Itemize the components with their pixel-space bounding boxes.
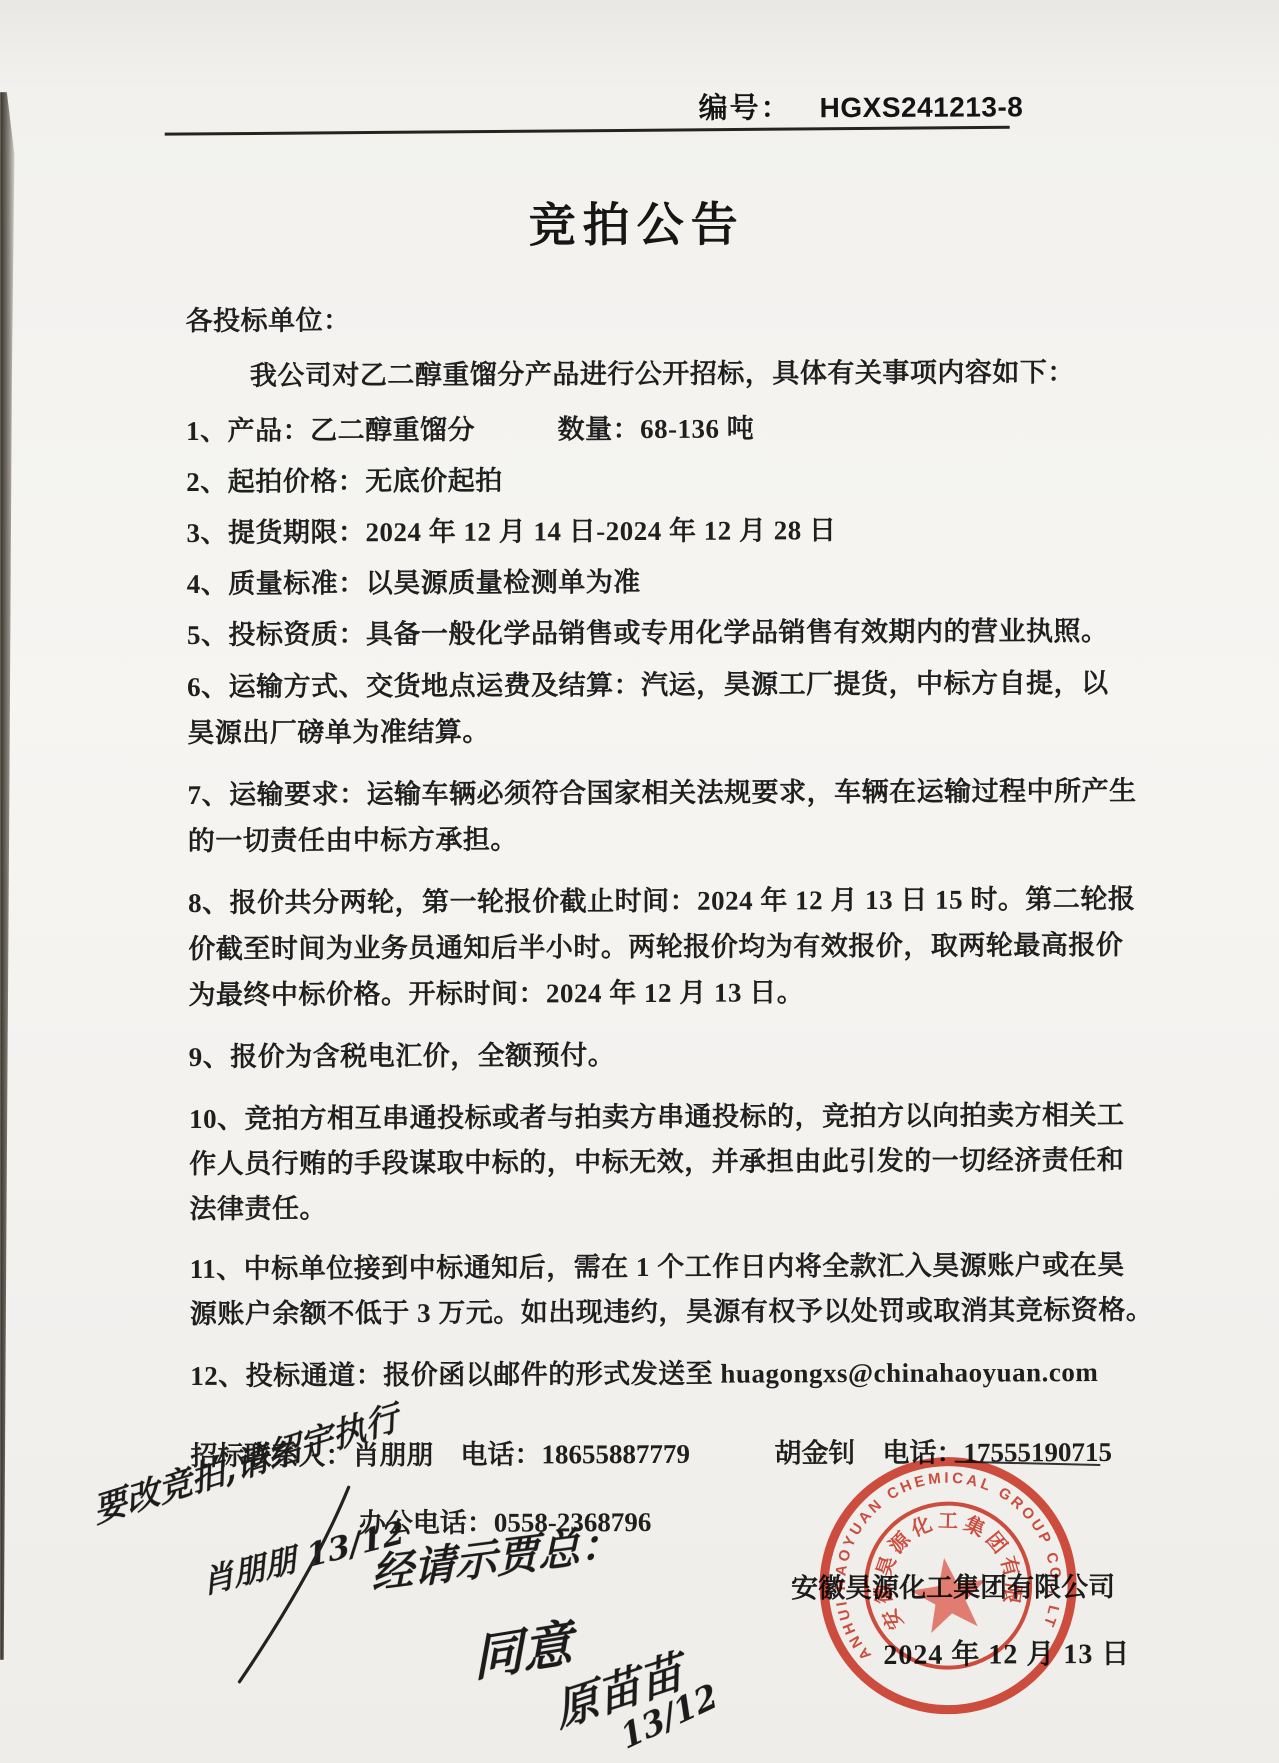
body-line: 为最终中标价格。开标时间：2024 年 12 月 13 日。 <box>188 970 804 1012</box>
body-line: 各投标单位： <box>185 298 350 338</box>
body-line: 源账户余额不低于 3 万元。如出现违约，昊源有权予以处罚或取消其竞标资格。 <box>190 1288 1154 1331</box>
body-line: 11、中标单位接到中标通知后，需在 1 个工作日内将全款汇入昊源账户或在昊 <box>190 1243 1125 1286</box>
body-line: 10、竞拍方相互串通投标或者与拍卖方串通投标的，竞拍方以向拍卖方相关工 <box>189 1093 1125 1136</box>
pen-stroke <box>221 1479 372 1690</box>
body-line: 9、报价为含税电汇价，全额预付。 <box>189 1033 616 1074</box>
header-rule <box>165 126 1010 136</box>
body-line: 5、投标资质：具备一般化学品销售或专用化学品销售有效期内的营业执照。 <box>187 609 1109 652</box>
doc-number: 编号： HGXS241213-8 <box>699 84 1024 126</box>
body-line: 3、提货期限：2024 年 12 月 14 日-2024 年 12 月 28 日 <box>186 508 836 550</box>
body-line: 的一切责任由中标方承担。 <box>188 818 518 858</box>
body-line: 我公司对乙二醇重馏分产品进行公开招标，具体有关事项内容如下： <box>250 350 1075 393</box>
scanned-document-page: 编号： HGXS241213-8 竞拍公告 各投标单位：我公司对乙二醇重馏分产品… <box>0 0 1279 1763</box>
body-line: 作人员行贿的手段谋取中标的，中标无效，并承担由此引发的一切经济责任和 <box>189 1138 1124 1181</box>
handwriting-layer: 要改竞拍,请绍宇执行肖朋朋 13/12经请示贾总：同意原苗苗13/12 <box>0 0 1275 3</box>
document-content: 编号： HGXS241213-8 竞拍公告 各投标单位：我公司对乙二醇重馏分产品… <box>0 0 1279 1763</box>
body-line: 8、报价共分两轮，第一轮报价截止时间：2024 年 12 月 13 日 15 时… <box>188 877 1135 920</box>
page-title: 竞拍公告 <box>528 188 744 256</box>
body-line: 4、质量标准：以昊源质量检测单为准 <box>187 560 641 601</box>
body-text: 各投标单位：我公司对乙二醇重馏分产品进行公开招标，具体有关事项内容如下：1、产品… <box>0 0 1275 3</box>
body-line: 价截至时间为业务员通知后半小时。两轮报价均为有效报价，取两轮最高报价 <box>188 923 1123 966</box>
seal-star-icon <box>906 1552 992 1635</box>
body-line: 昊源出厂磅单为准结算。 <box>187 710 490 750</box>
body-line: 1、产品：乙二醇重馏分 数量：68-136 吨 <box>186 406 754 447</box>
body-line: 7、运输要求：运输车辆必须符合国家相关法规要求，车辆在运输过程中所产生 <box>188 769 1137 812</box>
body-line: 法律责任。 <box>189 1186 327 1226</box>
doc-number-label: 编号： <box>699 85 792 126</box>
company-seal-stamp: ANHUI HAOYUAN CHEMICAL GROUP CO., LTD 安徽… <box>807 1445 1088 1726</box>
doc-number-value: HGXS241213-8 <box>820 91 1024 124</box>
body-line: 2、起拍价格：无底价起拍 <box>186 459 503 499</box>
body-line: 12、投标通道：报价函以邮件的形式发送至 huagongxs@chinahaoy… <box>190 1350 1098 1393</box>
body-line: 6、运输方式、交货地点运费及结算：汽运，昊源工厂提货，中标方自提，以 <box>187 661 1109 704</box>
